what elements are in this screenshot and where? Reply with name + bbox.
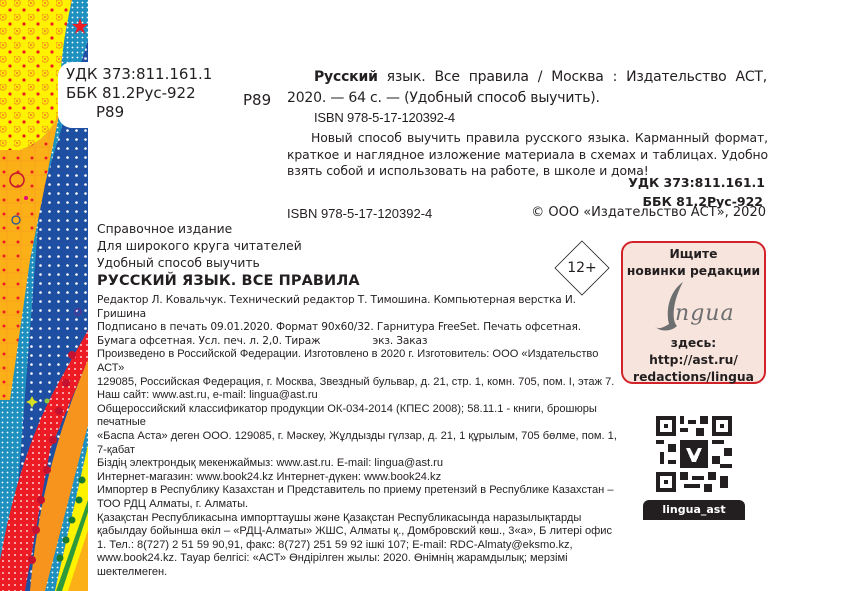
edition-info: Справочное издание Для широкого круга чи…: [97, 221, 302, 272]
classification-card: УДК 373:811.161.1 ББК 81.2Рус-922 Р89: [58, 62, 248, 128]
imprint-copies: экз. Заказ: [372, 335, 427, 347]
imprint-produced: Произведено в Российской Федерации. Изго…: [97, 348, 622, 375]
imprint-site: Наш сайт: www.ast.ru, e-mail: lingua@ast…: [97, 389, 622, 403]
imprint-address: 129085, Российская Федерация, г. Москва,…: [97, 376, 622, 390]
book-title: РУССКИЙ ЯЗЫК. ВСЕ ПРАВИЛА: [97, 273, 360, 289]
isbn-bottom: ISBN 978-5-17-120392-4: [287, 206, 432, 221]
qr-code[interactable]: [656, 416, 732, 492]
lingua-logo: ingua: [623, 280, 764, 335]
age-rating-badge: 12+: [554, 240, 610, 296]
edition-type: Справочное издание: [97, 221, 302, 238]
promo-url-2[interactable]: redactions/lingua: [623, 369, 764, 386]
age-rating: 12+: [554, 240, 610, 296]
promo-line-3: здесь:: [623, 335, 764, 352]
isbn-top: ISBN 978-5-17-120392-4: [287, 109, 767, 127]
imprint-classifier: Общероссийский классификатор продукции О…: [97, 403, 622, 430]
publication-details: 2020. — 64 с. — (Удобный способ выучить)…: [287, 88, 767, 109]
edition-series: Удобный способ выучить: [97, 255, 302, 272]
imprint-signed: Подписано в печать 09.01.2020. Формат 90…: [97, 321, 622, 335]
author-mark-side: Р89: [243, 91, 271, 109]
lingua-logo-text: ingua: [667, 301, 735, 326]
imprint-shop: Интернет-магазин: www.book24.kz Интернет…: [97, 471, 622, 485]
imprint: Редактор Л. Ковальчук. Технический редак…: [97, 294, 622, 579]
lingua-promo-box: Ищите новинки редакции ingua здесь: http…: [621, 241, 766, 384]
promo-line-1: Ищите: [623, 246, 764, 263]
bibliographic-description: Русский язык. Все правила / Москва : Изд…: [287, 67, 767, 127]
imprint-paper-line: Бумага офсетная. Усл. печ. л. 2,0. Тираж…: [97, 335, 622, 349]
imprint-editors: Редактор Л. Ковальчук. Технический редак…: [97, 294, 622, 321]
imprint-paper: Бумага офсетная. Усл. печ. л. 2,0. Тираж: [97, 335, 320, 347]
author-mark: Р89: [66, 103, 248, 122]
udk-code: УДК 373:811.161.1: [66, 65, 248, 84]
imprint-importer: Импортер в Республику Казахстан и Предст…: [97, 484, 622, 511]
imprint-kz-publisher: «Баспа Аста» деген ООО. 129085, г. Мәске…: [97, 430, 622, 457]
edition-audience: Для широкого круга читателей: [97, 238, 302, 255]
promo-url-1[interactable]: http://ast.ru/: [623, 352, 764, 369]
bibliographic-title-line: Русский язык. Все правила / Москва : Изд…: [287, 67, 767, 88]
copyright: © ООО «Издательство АСТ», 2020: [531, 205, 766, 220]
qr-handle-label: lingua_ast: [643, 500, 745, 520]
imprint-kz-importer: Қазақстан Республикасына импорттаушы жән…: [97, 512, 622, 580]
promo-line-2: новинки редакции: [623, 263, 764, 280]
bbk-code: ББК 81.2Рус-922: [66, 84, 248, 103]
imprint-kz-email: Біздің электрондық мекенжаймыз: www.ast.…: [97, 457, 622, 471]
udk-code-right: УДК 373:811.161.1: [628, 173, 765, 192]
title-rest: язык. Все правила / Москва : Издательств…: [378, 69, 767, 85]
title-bold: Русский: [314, 69, 378, 85]
